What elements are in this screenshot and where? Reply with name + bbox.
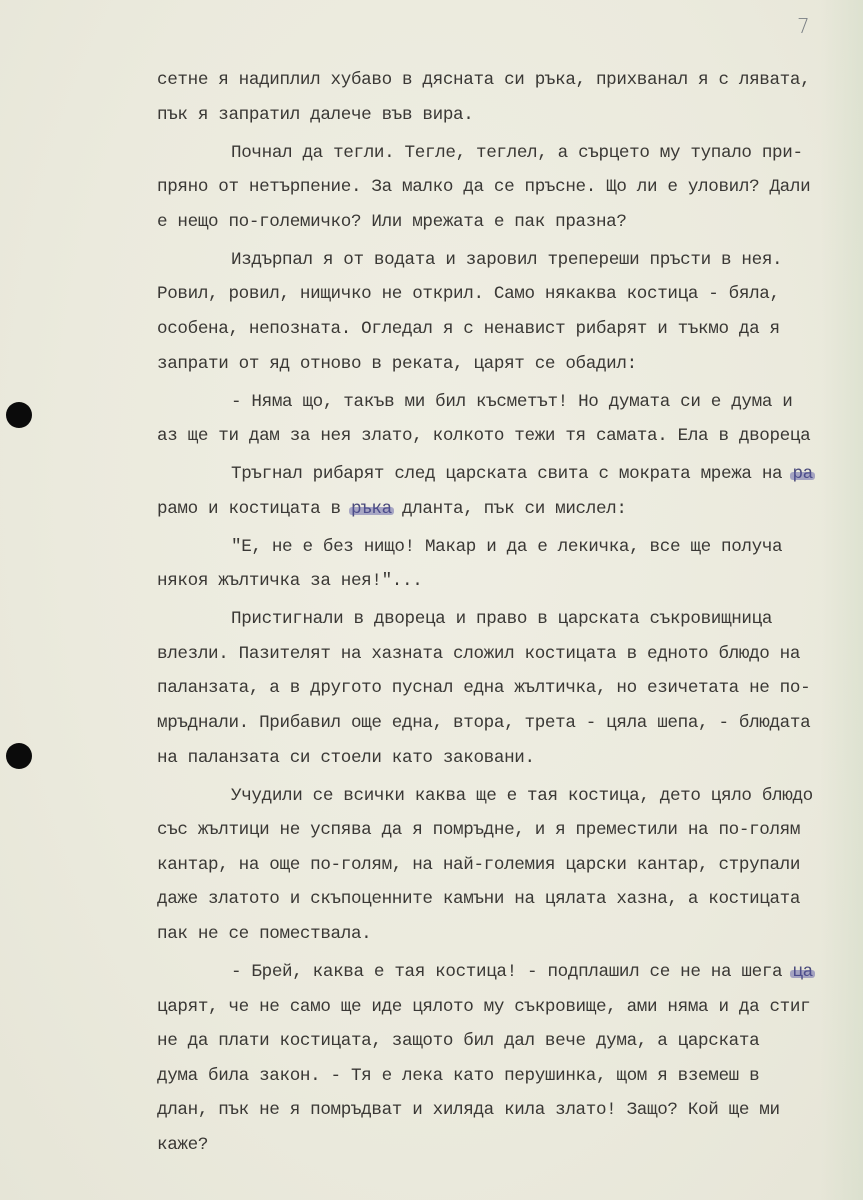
text-line: Учудили се всички каква ще е тая костица…	[157, 779, 863, 814]
text-line: длан, пък не я помръдват и хиляда кила з…	[157, 1093, 863, 1128]
struck-out-text: ца	[792, 962, 812, 982]
text-line: аз ще ти дам за нея злато, колкото тежи …	[157, 419, 863, 454]
text-line: "Е, не е без нищо! Макар и да е лекичка,…	[157, 530, 863, 565]
text-line: царят, че не само ще иде цялото му съкро…	[157, 990, 863, 1025]
text-line: пак не се помествала.	[157, 917, 863, 952]
text-line: не да плати костицата, защото бил дал ве…	[157, 1024, 863, 1059]
text-line: на паланзата си стоели като заковани.	[157, 741, 863, 776]
text-line: Пристигнали в двореца и право в царската…	[157, 602, 863, 637]
text-line: е нещо по-големичко? Или мрежата е пак п…	[157, 205, 863, 240]
text-line: Издърпал я от водата и заровил трепереши…	[157, 243, 863, 278]
struck-out-text: ръка	[351, 499, 392, 519]
text-line: паланзата, а в другото пуснал една жълти…	[157, 671, 863, 706]
text-line: - Няма що, такъв ми бил късметът! Но дум…	[157, 385, 863, 420]
text-line: Тръгнал рибарят след царската свита с мо…	[157, 457, 863, 492]
text-line: мръднали. Прибавил още една, втора, трет…	[157, 706, 863, 741]
struck-out-text: ра	[792, 464, 812, 484]
page-number: 7	[797, 14, 810, 38]
text-line: Ровил, ровил, нищичко не открил. Само ня…	[157, 277, 863, 312]
text-line: даже златото и скъпоценните камъни на ця…	[157, 882, 863, 917]
document-body: сетне я надиплил хубаво в дясната си рък…	[157, 63, 863, 1163]
text-line: дума била закон. - Тя е лека като перуши…	[157, 1059, 863, 1094]
text-line: кантар, на още по-голям, на най-големия …	[157, 848, 863, 883]
punch-hole-bottom	[6, 743, 32, 769]
text-line: пък я запратил далече във вира.	[157, 98, 863, 133]
text-line: влезли. Пазителят на хазната сложил кост…	[157, 637, 863, 672]
text-line: особена, непозната. Огледал я с ненавист…	[157, 312, 863, 347]
text-line: каже?	[157, 1128, 863, 1163]
text-line: Почнал да тегли. Тегле, теглел, а сърцет…	[157, 136, 863, 171]
typewritten-page: 7 сетне я надиплил хубаво в дясната си р…	[0, 0, 863, 1200]
text-line: със жълтици не успява да я помръдне, и я…	[157, 813, 863, 848]
text-line: - Брей, каква е тая костица! - подплашил…	[157, 955, 863, 990]
text-line: сетне я надиплил хубаво в дясната си рък…	[157, 63, 863, 98]
text-line: запрати от яд отново в реката, царят се …	[157, 347, 863, 382]
text-line: рамо и костицата в ръка дланта, пък си м…	[157, 492, 863, 527]
text-line: пряно от нетърпение. За малко да се пръс…	[157, 170, 863, 205]
text-line: някоя жълтичка за нея!"...	[157, 564, 863, 599]
punch-hole-top	[6, 402, 32, 428]
